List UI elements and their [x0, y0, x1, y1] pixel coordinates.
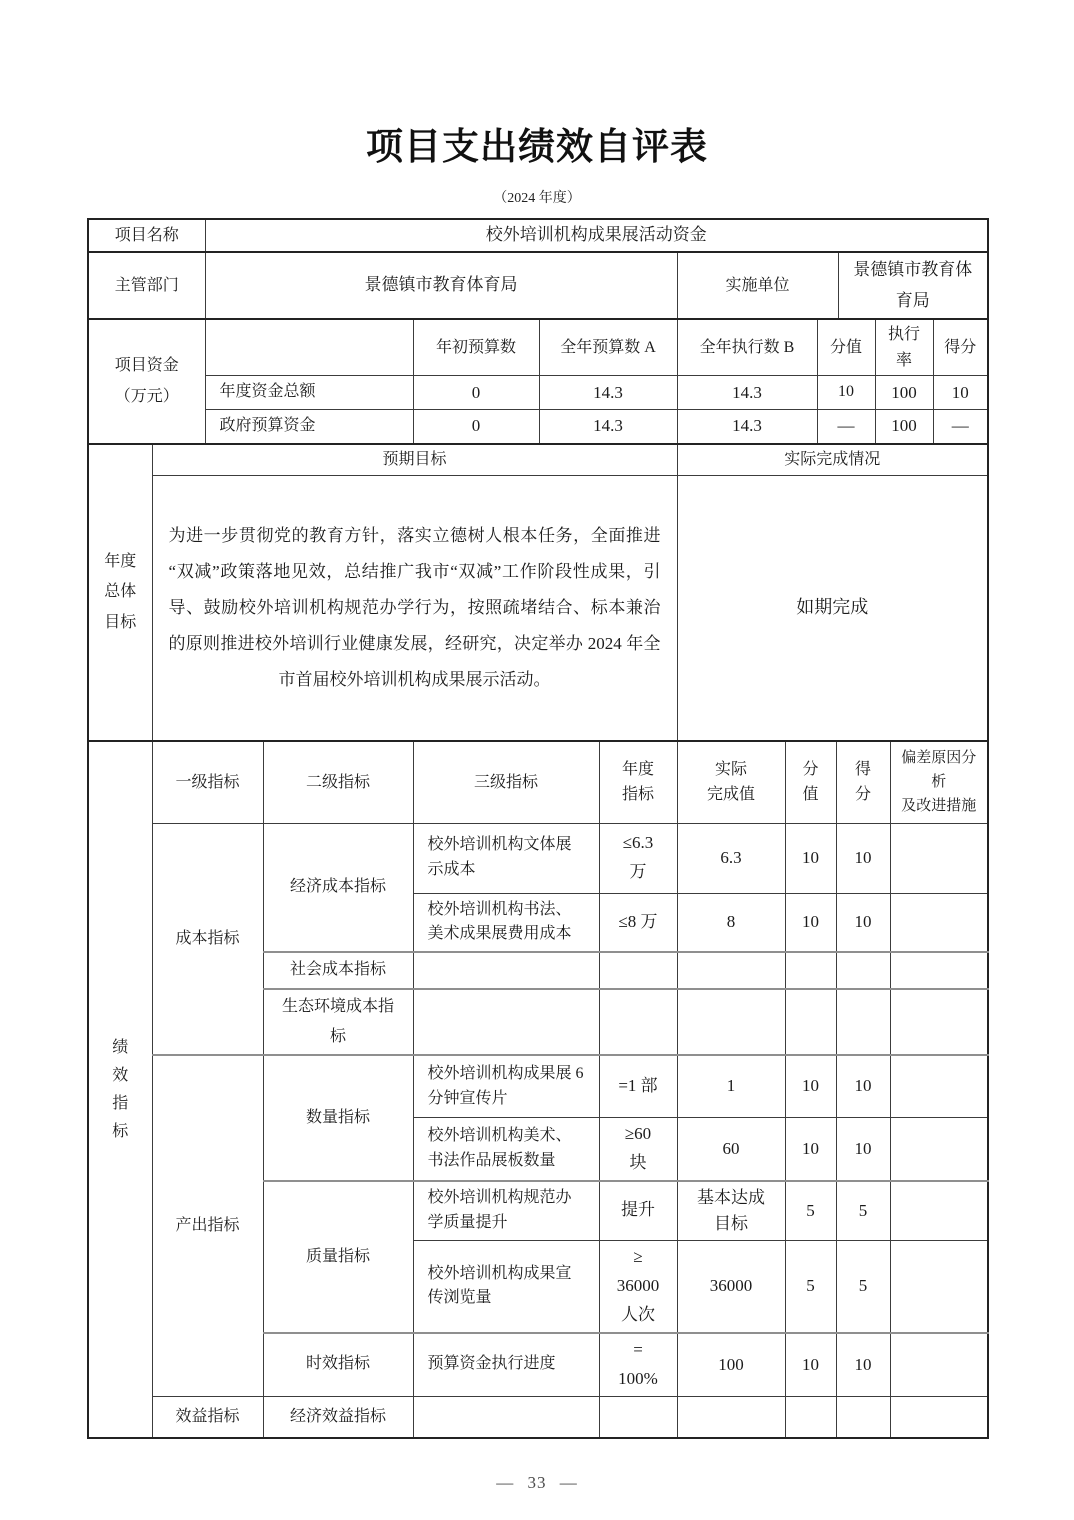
funding-table: 项目资金 （万元） 年初预算数 全年预算数 A 全年执行数 B 分值 执行 率 …: [87, 318, 989, 445]
indicator-l1: 效益指标: [152, 1396, 263, 1438]
indicator-deviation: [890, 1055, 988, 1117]
indicator-l2: 经济效益指标: [263, 1396, 413, 1438]
indicator-points: 5: [785, 1181, 836, 1241]
project-name-label: 项目名称: [88, 219, 205, 252]
funding-initial: 0: [413, 410, 539, 444]
indicators-col-l3: 三级指标: [413, 741, 599, 823]
funding-initial: 0: [413, 376, 539, 410]
funding-points: 10: [817, 376, 875, 410]
funding-executed: 14.3: [677, 410, 817, 444]
indicators-header-row: 绩 效 指 标 一级指标 二级指标 三级指标 年度 指标 实际 完成值 分 值 …: [88, 741, 988, 823]
funding-score: 10: [933, 376, 988, 410]
funding-row-label: 年度资金总额: [205, 376, 413, 410]
indicator-l1: 成本指标: [152, 823, 263, 1055]
goal-expected-header: 预期目标: [152, 444, 677, 475]
indicators-col-deviation: 偏差原因分 析 及改进措施: [890, 741, 988, 823]
funding-col-budget: 全年预算数 A: [539, 319, 677, 376]
indicator-target: [599, 1396, 677, 1438]
funding-rate: 100: [875, 410, 933, 444]
indicator-l2: 经济成本指标: [263, 823, 413, 952]
indicator-target: =1 部: [599, 1055, 677, 1117]
indicator-l2: 质量指标: [263, 1181, 413, 1333]
indicators-col-points: 分 值: [785, 741, 836, 823]
indicator-actual: 8: [677, 893, 785, 952]
indicator-score: [836, 952, 890, 988]
funding-header-row: 项目资金 （万元） 年初预算数 全年预算数 A 全年执行数 B 分值 执行 率 …: [88, 319, 988, 376]
goal-content-row: 为进一步贯彻党的教育方针，落实立德树人根本任务，全面推进“双减”政策落地见效，总…: [88, 475, 988, 741]
indicator-deviation: [890, 1333, 988, 1396]
indicator-score: 5: [836, 1181, 890, 1241]
indicator-score: 10: [836, 893, 890, 952]
funding-executed: 14.3: [677, 376, 817, 410]
indicators-table: 绩 效 指 标 一级指标 二级指标 三级指标 年度 指标 实际 完成值 分 值 …: [87, 740, 989, 1439]
indicator-l3: [413, 989, 599, 1056]
indicator-actual: 60: [677, 1117, 785, 1180]
indicator-target: [599, 989, 677, 1056]
indicator-deviation: [890, 952, 988, 988]
page-title: 项目支出绩效自评表: [87, 116, 987, 170]
indicator-actual: [677, 952, 785, 988]
indicators-col-score: 得 分: [836, 741, 890, 823]
indicator-actual: 100: [677, 1333, 785, 1396]
indicator-l3: 校外培训机构成果宣传浏览量: [413, 1241, 599, 1333]
indicator-score: 5: [836, 1241, 890, 1333]
funding-col-rate: 执行 率: [875, 319, 933, 376]
indicators-col-actual: 实际 完成值: [677, 741, 785, 823]
indicator-points: 10: [785, 1333, 836, 1396]
indicator-points: 10: [785, 893, 836, 952]
project-name-value: 校外培训机构成果展活动资金: [205, 219, 988, 252]
indicator-l1: 产出指标: [152, 1055, 263, 1396]
funding-row-gov: 政府预算资金 0 14.3 14.3 — 100 —: [88, 410, 988, 444]
indicator-l3: 校外培训机构美术、书法作品展板数量: [413, 1117, 599, 1180]
funding-section-label: 项目资金 （万元）: [88, 319, 205, 444]
document-body: 项目支出绩效自评表 （2024 年度） 项目名称 校外培训机构成果展活动资金 主…: [87, 116, 987, 1493]
indicator-score: [836, 1396, 890, 1438]
indicator-target: ≤8 万: [599, 893, 677, 952]
indicators-section-label: 绩 效 指 标: [88, 741, 152, 1438]
indicator-deviation: [890, 1396, 988, 1438]
dept-label: 主管部门: [88, 252, 205, 319]
indicator-score: 10: [836, 1055, 890, 1117]
funding-row-total: 年度资金总额 0 14.3 14.3 10 100 10: [88, 376, 988, 410]
project-name-table: 项目名称 校外培训机构成果展活动资金: [87, 218, 989, 253]
annual-goal-table: 年度 总体 目标 预期目标 实际完成情况 为进一步贯彻党的教育方针，落实立德树人…: [87, 443, 989, 742]
indicators-col-l2: 二级指标: [263, 741, 413, 823]
indicator-actual: 36000: [677, 1241, 785, 1333]
indicator-score: 10: [836, 1117, 890, 1180]
indicators-col-target: 年度 指标: [599, 741, 677, 823]
page-subtitle: （2024 年度）: [87, 187, 987, 207]
indicator-row: 效益指标 经济效益指标: [88, 1396, 988, 1438]
project-name-row: 项目名称 校外培训机构成果展活动资金: [88, 219, 988, 252]
impl-label: 实施单位: [677, 252, 838, 319]
goal-expected-text: 为进一步贯彻党的教育方针，落实立德树人根本任务，全面推进“双减”政策落地见效，总…: [152, 475, 677, 741]
indicator-target: ≥ 36000 人次: [599, 1241, 677, 1333]
document-page: 项目支出绩效自评表 （2024 年度） 项目名称 校外培训机构成果展活动资金 主…: [0, 0, 1074, 1520]
indicator-deviation: [890, 893, 988, 952]
indicator-l2: 数量指标: [263, 1055, 413, 1180]
indicator-l3: [413, 1396, 599, 1438]
goal-actual-text: 如期完成: [677, 475, 988, 741]
indicator-l3: [413, 952, 599, 988]
funding-budget: 14.3: [539, 410, 677, 444]
funding-budget: 14.3: [539, 376, 677, 410]
indicator-target: = 100%: [599, 1333, 677, 1396]
indicator-actual: [677, 989, 785, 1056]
indicator-points: [785, 1396, 836, 1438]
indicator-actual: 基本达成 目标: [677, 1181, 785, 1241]
indicator-l2: 社会成本指标: [263, 952, 413, 988]
indicator-l2: 生态环境成本指 标: [263, 989, 413, 1056]
funding-points: —: [817, 410, 875, 444]
indicator-points: [785, 952, 836, 988]
indicator-points: 10: [785, 1055, 836, 1117]
indicator-row: 成本指标 经济成本指标 校外培训机构文体展示成本 ≤6.3 万 6.3 10 1…: [88, 823, 988, 893]
funding-header-empty: [205, 319, 413, 376]
page-number: — 33 —: [87, 1473, 987, 1493]
indicator-points: 10: [785, 1117, 836, 1180]
department-row: 主管部门 景德镇市教育体育局 实施单位 景德镇市教育体育局: [88, 252, 988, 319]
indicator-l3: 预算资金执行进度: [413, 1333, 599, 1396]
indicator-actual: [677, 1396, 785, 1438]
funding-col-points: 分值: [817, 319, 875, 376]
funding-row-label: 政府预算资金: [205, 410, 413, 444]
indicator-score: [836, 989, 890, 1056]
indicator-actual: 6.3: [677, 823, 785, 893]
dept-value: 景德镇市教育体育局: [205, 252, 677, 319]
indicator-deviation: [890, 1181, 988, 1241]
funding-rate: 100: [875, 376, 933, 410]
indicator-score: 10: [836, 1333, 890, 1396]
indicator-deviation: [890, 1241, 988, 1333]
department-table: 主管部门 景德镇市教育体育局 实施单位 景德镇市教育体育局: [87, 251, 989, 320]
indicator-points: [785, 989, 836, 1056]
indicator-points: 5: [785, 1241, 836, 1333]
indicator-score: 10: [836, 823, 890, 893]
indicator-deviation: [890, 1117, 988, 1180]
indicator-target: 提升: [599, 1181, 677, 1241]
indicator-l3: 校外培训机构规范办学质量提升: [413, 1181, 599, 1241]
goal-header-row: 年度 总体 目标 预期目标 实际完成情况: [88, 444, 988, 475]
indicators-col-l1: 一级指标: [152, 741, 263, 823]
indicator-points: 10: [785, 823, 836, 893]
indicator-l3: 校外培训机构文体展示成本: [413, 823, 599, 893]
funding-score: —: [933, 410, 988, 444]
indicator-target: ≤6.3 万: [599, 823, 677, 893]
indicator-target: ≥60 块: [599, 1117, 677, 1180]
goal-actual-header: 实际完成情况: [677, 444, 988, 475]
indicator-target: [599, 952, 677, 988]
funding-col-score: 得分: [933, 319, 988, 376]
funding-col-initial: 年初预算数: [413, 319, 539, 376]
indicator-l3: 校外培训机构成果展 6 分钟宣传片: [413, 1055, 599, 1117]
indicator-l3: 校外培训机构书法、美术成果展费用成本: [413, 893, 599, 952]
indicator-actual: 1: [677, 1055, 785, 1117]
funding-col-executed: 全年执行数 B: [677, 319, 817, 376]
indicator-deviation: [890, 989, 988, 1056]
indicator-deviation: [890, 823, 988, 893]
goal-section-label: 年度 总体 目标: [88, 444, 152, 741]
indicator-l2: 时效指标: [263, 1333, 413, 1396]
indicator-row: 产出指标 数量指标 校外培训机构成果展 6 分钟宣传片 =1 部 1 10 10: [88, 1055, 988, 1117]
impl-value: 景德镇市教育体育局: [838, 252, 988, 319]
